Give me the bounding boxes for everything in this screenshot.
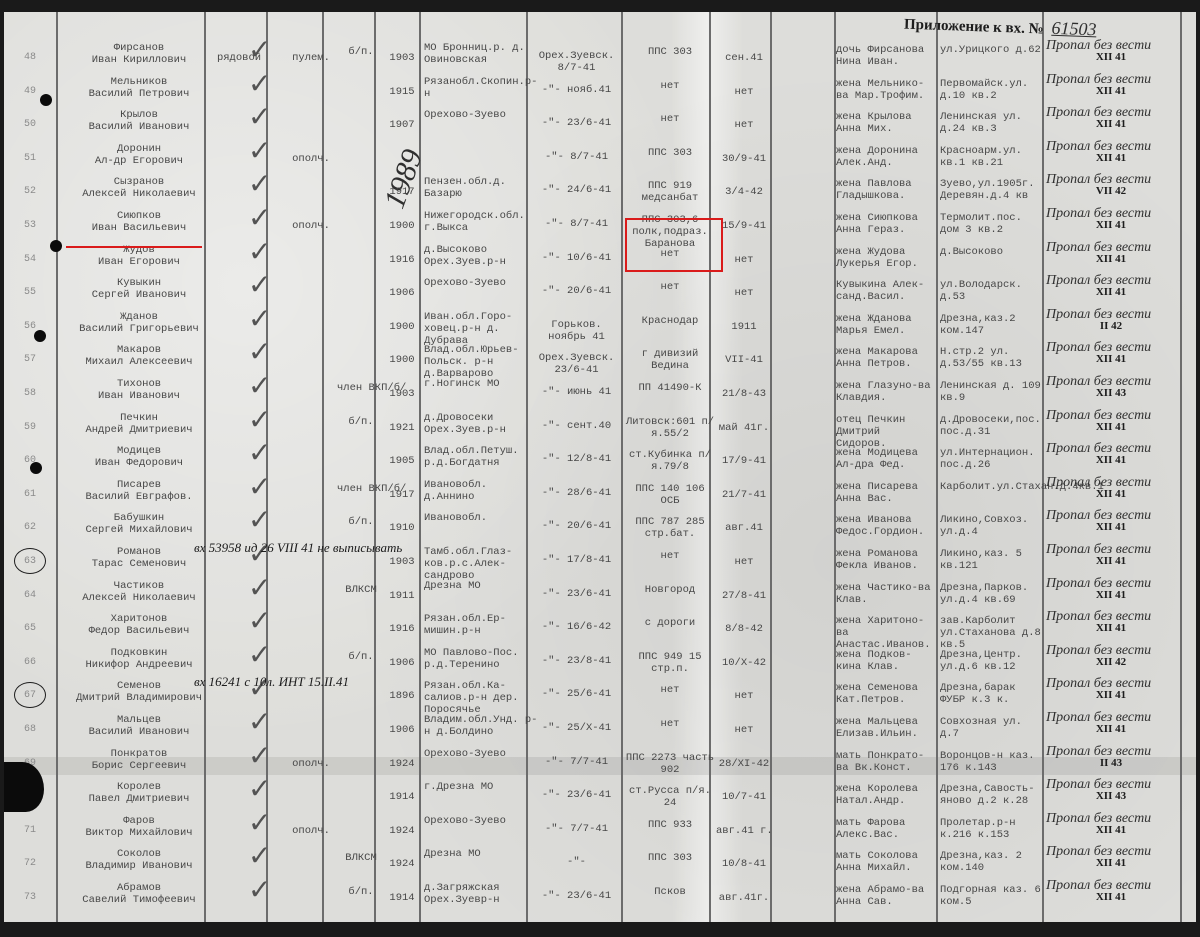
birthplace: Владим.обл.Унд. р-н д.Болдино	[424, 714, 539, 738]
kin-address: зав.Карболит ул.Стаханова д.8 кв.5	[940, 615, 1045, 651]
draft-info: -"- нояб.41	[534, 84, 619, 96]
birth-year: 1917	[382, 489, 422, 501]
handwritten-annotation: вх 53958 ид 26 VIII 41 не выписывать	[194, 542, 402, 554]
birthplace: Орехово-Зуево	[424, 748, 539, 760]
table-row: 49Мельников Василий Петрович✓1915Рязаноб…	[4, 76, 1196, 109]
soldier-name: Печкин Андрей Дмитриевич	[64, 412, 214, 436]
row-number: 66	[24, 657, 36, 669]
fate-date: XII 41	[1046, 219, 1176, 231]
draft-info: -"- 20/6-41	[534, 520, 619, 532]
birth-year: 1896	[382, 690, 422, 702]
fate-note: Пропал без вестиXII 41	[1046, 510, 1176, 533]
next-of-kin: жена Жудова Лукерья Егор.	[836, 246, 936, 270]
military-unit: Псков	[624, 886, 716, 898]
last-contact-date: нет	[716, 254, 772, 266]
next-of-kin: жена Частико-ва Клав.	[836, 582, 936, 606]
draft-info: -"- 12/8-41	[534, 453, 619, 465]
checkmark-icon: ✓	[248, 447, 271, 459]
handwritten-annotation: вх 16241 с 10л. ИНТ 15.II.41	[194, 676, 349, 688]
fate-date: XII 41	[1046, 85, 1176, 97]
row-number: 54	[24, 254, 36, 266]
last-contact-date: авг.41	[716, 522, 772, 534]
table-row: 61Писарев Василий Евграфов.✓член ВКП/б/1…	[4, 479, 1196, 512]
military-unit: ст.Кубинка п/я.79/8	[624, 449, 716, 473]
appendix-stamp: Приложение к вх. № 61503	[904, 13, 1097, 41]
military-unit: нет	[624, 684, 716, 696]
fate-date: XII 41	[1046, 454, 1176, 466]
military-unit: ППС 140 106 ОСБ	[624, 483, 716, 507]
birth-year: 1906	[382, 287, 422, 299]
fate-note: Пропал без вестиVII 42	[1046, 174, 1176, 197]
draft-info: -"- 23/8-41	[534, 655, 619, 667]
fate-date: XII 41	[1046, 555, 1176, 567]
fate-date: XII 41	[1046, 353, 1176, 365]
next-of-kin: мать Фарова Алекс.Вас.	[836, 817, 936, 841]
fate-date: XII 42	[1046, 656, 1176, 668]
fate-date: XII 41	[1046, 824, 1176, 836]
next-of-kin: жена Харитоно-ва Анастас.Иванов.	[836, 615, 936, 651]
row-number: 58	[24, 388, 36, 400]
birth-year: 1903	[382, 556, 422, 568]
draft-info: -"- июнь 41	[534, 386, 619, 398]
birth-year: 1916	[382, 623, 422, 635]
birthplace: Рязан.обл.Ер-мишин.р-н	[424, 613, 539, 637]
fate-note: Пропал без вестиXII 41	[1046, 813, 1176, 836]
draft-info: -"- 7/7-41	[534, 823, 619, 835]
birth-year: 1900	[382, 220, 422, 232]
appendix-label: Приложение к вх. №	[904, 17, 1044, 38]
military-unit: ППС 303	[624, 852, 716, 864]
checkmark-icon: ✓	[248, 750, 271, 762]
birthplace: Влад.обл.Петуш. р.д.Богдатня	[424, 445, 539, 469]
red-box-highlight	[625, 218, 723, 272]
row-number: 51	[24, 153, 36, 165]
fate-date: XII 43	[1046, 790, 1176, 802]
checkmark-icon: ✓	[248, 313, 271, 325]
checkmark-icon: ✓	[248, 346, 271, 358]
table-row: 71Фаров Виктор Михайлович✓ополч.1924Орех…	[4, 815, 1196, 848]
next-of-kin: жена Писарева Анна Вас.	[836, 481, 936, 505]
table-row: 50Крылов Василий Иванович✓1907Орехово-Зу…	[4, 109, 1196, 142]
table-row: 56Жданов Василий Григорьевич✓1900Иван.об…	[4, 311, 1196, 344]
kin-address: Зуево,ул.1905г. Деревян.д.4 кв	[940, 178, 1045, 202]
military-unit: ПП 41490-К	[624, 382, 716, 394]
table-row: 64Частиков Алексей Николаевич✓ВЛКСМ1911Д…	[4, 580, 1196, 613]
birthplace: д.Дровосеки Орех.Зуев.р-н	[424, 412, 539, 436]
draft-info: -"- 20/6-41	[534, 285, 619, 297]
birthplace: Ивановобл. д.Аннино	[424, 479, 539, 503]
birthplace: Иван.обл.Горо-ховец.р-н д. Дубрава	[424, 311, 539, 347]
checkmark-icon: ✓	[248, 246, 271, 258]
checkmark-icon: ✓	[248, 44, 271, 56]
birthplace: д.Высоково Орех.Зуев.р-н	[424, 244, 539, 268]
row-number: 71	[24, 825, 36, 837]
checkmark-icon: ✓	[248, 884, 271, 896]
birthplace: Влад.обл.Юрьев-Польск. р-н д.Варварово	[424, 344, 539, 380]
birth-year: 1924	[382, 758, 422, 770]
soldier-name: Понкратов Борис Сергеевич	[64, 748, 214, 772]
row-number: 53	[24, 220, 36, 232]
punch-hole	[50, 240, 62, 252]
kin-address: Ликино,Совхоз. ул.д.4	[940, 514, 1045, 538]
draft-info: -"- 8/7-41	[534, 218, 619, 230]
soldier-name: Фирсанов Иван Кириллович	[64, 42, 214, 66]
birth-year: 1906	[382, 657, 422, 669]
checkmark-icon: ✓	[248, 850, 271, 862]
next-of-kin: жена Модицева Ал-дра Фед.	[836, 447, 936, 471]
birthplace: г.Ногинск МО	[424, 378, 539, 390]
last-contact-date: 10/X-42	[716, 657, 772, 669]
fate-note: Пропал без вестиXII 41	[1046, 242, 1176, 265]
kin-address: Дрезна,Парков. ул.д.4 кв.69	[940, 582, 1045, 606]
fate-date: XII 41	[1046, 488, 1176, 500]
next-of-kin: дочь Фирсанова Нина Иван.	[836, 44, 936, 68]
last-contact-date: нет	[716, 690, 772, 702]
specialty: ополч.	[286, 758, 336, 770]
next-of-kin: жена Королева Натал.Андр.	[836, 783, 936, 807]
birthplace: МО Бронниц.р. д. Овиновская	[424, 42, 539, 66]
specialty: ополч.	[286, 825, 336, 837]
birthplace: Рязанобл.Скопин.р-н	[424, 76, 539, 100]
next-of-kin: жена Семенова Кат.Петров.	[836, 682, 936, 706]
draft-info: -"- 23/6-41	[534, 789, 619, 801]
birthplace: Дрезна МО	[424, 580, 539, 592]
soldier-name: Кувыкин Сергей Иванович	[64, 277, 214, 301]
soldier-name: Частиков Алексей Николаевич	[64, 580, 214, 604]
military-unit: Краснодар	[624, 315, 716, 327]
table-row: 72Соколов Владимир Иванович✓ВЛКСМ1924Дре…	[4, 848, 1196, 881]
birthplace: Пензен.обл.д. Базарю	[424, 176, 539, 200]
birthplace: Рязан.обл.Ка-салиов.р-н дер. Поросячье	[424, 680, 539, 716]
circled-row-number	[14, 682, 46, 708]
draft-info: -"- 17/8-41	[534, 554, 619, 566]
fate-note: Пропал без вестиXII 43	[1046, 779, 1176, 802]
fate-date: XII 41	[1046, 51, 1176, 63]
soldier-name: Харитонов Федор Васильевич	[64, 613, 214, 637]
table-row: 66Подковкин Никифор Андреевич✓б/п.1906МО…	[4, 647, 1196, 680]
soldier-name: Сиюпков Иван Васильевич	[64, 210, 214, 234]
birth-year: 1900	[382, 321, 422, 333]
fate-date: XII 41	[1046, 286, 1176, 298]
row-number: 56	[24, 321, 36, 333]
soldier-name: Доронин Ал-др Егорович	[64, 143, 214, 167]
birth-year: 1924	[382, 825, 422, 837]
military-unit: ППС 949 15 стр.п.	[624, 651, 716, 675]
kin-address: Ликино,каз. 5 кв.121	[940, 548, 1045, 572]
military-unit: г дивизий Ведина	[624, 348, 716, 372]
military-unit: Литовск:601 п/я.55/2	[624, 416, 716, 440]
draft-info: -"- 28/6-41	[534, 487, 619, 499]
kin-address: ул.Урицкого д.62	[940, 44, 1045, 56]
birth-year: 1924	[382, 858, 422, 870]
checkmark-icon: ✓	[248, 582, 271, 594]
soldier-name: Соколов Владимир Иванович	[64, 848, 214, 872]
torn-corner	[4, 762, 44, 812]
fate-date: II 43	[1046, 757, 1176, 769]
draft-info: -"- 23/6-41	[534, 890, 619, 902]
party-membership: б/п.	[337, 651, 385, 663]
fate-note: Пропал без вестиXII 41	[1046, 208, 1176, 231]
table-row: 60Модицев Иван Федорович✓1905Влад.обл.Пе…	[4, 445, 1196, 478]
next-of-kin: жена Доронина Алек.Анд.	[836, 145, 936, 169]
row-number: 49	[24, 86, 36, 98]
birth-year: 1900	[382, 354, 422, 366]
row-number: 61	[24, 489, 36, 501]
military-unit: ППС 787 285 стр.бат.	[624, 516, 716, 540]
punch-hole	[34, 330, 46, 342]
soldier-name: Семенов Дмитрий Владимирович	[64, 680, 214, 704]
next-of-kin: жена Мальцева Елизав.Ильин.	[836, 716, 936, 740]
table-row: 55Кувыкин Сергей Иванович✓1906Орехово-Зу…	[4, 277, 1196, 310]
fate-note: Пропал без вестиXII 41	[1046, 107, 1176, 130]
military-unit: нет	[624, 113, 716, 125]
kin-address: Ленинская ул. д.24 кв.3	[940, 111, 1045, 135]
checkmark-icon: ✓	[248, 615, 271, 627]
row-number: 59	[24, 422, 36, 434]
checkmark-icon: ✓	[248, 817, 271, 829]
party-membership: член ВКП/б/	[337, 483, 385, 495]
fate-date: XII 41	[1046, 857, 1176, 869]
checkmark-icon: ✓	[248, 145, 271, 157]
last-contact-date: 10/7-41	[716, 791, 772, 803]
party-membership: б/п.	[337, 46, 385, 58]
fate-note: Пропал без вестиXII 42	[1046, 645, 1176, 668]
fate-date: XII 41	[1046, 723, 1176, 735]
fate-note: Пропал без вестиXII 41	[1046, 410, 1176, 433]
circled-row-number	[14, 548, 46, 574]
birth-year: 1914	[382, 791, 422, 803]
checkmark-icon: ✓	[248, 783, 271, 795]
table-row: 59Печкин Андрей Дмитриевич✓б/п.1921д.Дро…	[4, 412, 1196, 445]
checkmark-icon: ✓	[248, 414, 271, 426]
draft-info: -"- 10/6-41	[534, 252, 619, 264]
fate-note: Пропал без вестиII 42	[1046, 309, 1176, 332]
appendix-number: 61503	[1051, 18, 1097, 40]
last-contact-date: нет	[716, 119, 772, 131]
fate-date: XII 41	[1046, 589, 1176, 601]
party-membership: ВЛКСМ	[337, 852, 385, 864]
checkmark-icon: ✓	[248, 649, 271, 661]
fate-note: Пропал без вестиXII 41	[1046, 678, 1176, 701]
soldier-name: Фаров Виктор Михайлович	[64, 815, 214, 839]
checkmark-icon: ✓	[248, 716, 271, 728]
birthplace: Нижегородск.обл. г.Выкса	[424, 210, 539, 234]
next-of-kin: жена Макарова Анна Петров.	[836, 346, 936, 370]
last-contact-date: нет	[716, 86, 772, 98]
last-contact-date: нет	[716, 724, 772, 736]
party-membership: член ВКП/б/	[337, 382, 385, 394]
fate-note: Пропал без вестиXII 43	[1046, 376, 1176, 399]
next-of-kin: жена Крылова Анна Мих.	[836, 111, 936, 135]
draft-info: -"- 8/7-41	[534, 151, 619, 163]
draft-info: -"- 16/6-42	[534, 621, 619, 633]
last-contact-date: май 41г.	[716, 422, 772, 434]
fate-date: XII 41	[1046, 891, 1176, 903]
kin-address: Совхозная ул. д.7	[940, 716, 1045, 740]
fate-note: Пропал без вестиXII 41	[1046, 578, 1176, 601]
birthplace: Орехово-Зуево	[424, 815, 539, 827]
soldier-name: Макаров Михаил Алексеевич	[64, 344, 214, 368]
kin-address: Пролетар.р-н к.216 к.153	[940, 817, 1045, 841]
checkmark-icon: ✓	[248, 380, 271, 392]
kin-address: Дрезна,каз.2 ком.147	[940, 313, 1045, 337]
kin-address: д.Дровосеки,пос. пос.д.31	[940, 414, 1045, 438]
checkmark-icon: ✓	[248, 111, 271, 123]
checkmark-icon: ✓	[248, 178, 271, 190]
table-row: 48Фирсанов Иван Кирилловичрядовой✓пулем.…	[4, 42, 1196, 75]
party-membership: ВЛКСМ	[337, 584, 385, 596]
row-number: 55	[24, 287, 36, 299]
birth-year: 1916	[382, 254, 422, 266]
last-contact-date: сен.41	[716, 52, 772, 64]
table-row: 63Романов Тарас Семенович✓1903Тамб.обл.Г…	[4, 546, 1196, 579]
fate-note: Пропал без вестиXII 41	[1046, 74, 1176, 97]
kin-address: Дрезна,барак ФУБР к.3 к.	[940, 682, 1045, 706]
checkmark-icon: ✓	[248, 78, 271, 90]
military-unit: ППС 933	[624, 819, 716, 831]
fate-note: Пропал без вестиXII 41	[1046, 443, 1176, 466]
next-of-kin: мать Понкрато-ва Вк.Конст.	[836, 750, 936, 774]
soldier-name: Тихонов Иван Иванович	[64, 378, 214, 402]
military-unit: ст.Руссa п/я. 24	[624, 785, 716, 809]
soldier-name: Бабушкин Сергей Михайлович	[64, 512, 214, 536]
birth-year: 1906	[382, 724, 422, 736]
draft-info: Орех.Зуевск. 8/7-41	[534, 50, 619, 74]
birth-year: 1903	[382, 52, 422, 64]
table-row: 73Абрамов Савелий Тимофеевич✓б/п.1914д.З…	[4, 882, 1196, 915]
table-row: 68Мальцев Василий Иванович✓1906Владим.об…	[4, 714, 1196, 747]
next-of-kin: жена Мельнико-ва Мар.Трофим.	[836, 78, 936, 102]
fate-date: XII 41	[1046, 622, 1176, 634]
fate-date: XII 41	[1046, 253, 1176, 265]
next-of-kin: жена Подков-кина Клав.	[836, 649, 936, 673]
birthplace: д.Загряжская Орех.Зуевр-н	[424, 882, 539, 906]
birthplace: МО Павлово-Пос. р.д.Теренино	[424, 647, 539, 671]
checkmark-icon: ✓	[248, 481, 271, 493]
soldier-name: Абрамов Савелий Тимофеевич	[64, 882, 214, 906]
birthplace: Тамб.обл.Глаз-ков.р.с.Алек-сандрово	[424, 546, 539, 582]
soldier-name: Мальцев Василий Иванович	[64, 714, 214, 738]
last-contact-date: 10/8-41	[716, 858, 772, 870]
soldier-name: Модицев Иван Федорович	[64, 445, 214, 469]
last-contact-date: 1911	[716, 321, 772, 333]
fate-note: Пропал без вестиXII 41	[1046, 544, 1176, 567]
draft-info: -"- 25/X-41	[534, 722, 619, 734]
last-contact-date: 3/4-42	[716, 186, 772, 198]
next-of-kin: жена Иванова Федос.Гордион.	[836, 514, 936, 538]
party-membership: б/п.	[337, 516, 385, 528]
specialty: ополч.	[286, 220, 336, 232]
kin-address: д.Высоково	[940, 246, 1045, 258]
birth-year: 1914	[382, 892, 422, 904]
row-number: 64	[24, 590, 36, 602]
row-number: 73	[24, 892, 36, 904]
draft-info: -"- 23/6-41	[534, 117, 619, 129]
birthplace: Дрезна МО	[424, 848, 539, 860]
birth-year: 1905	[382, 455, 422, 467]
row-number: 50	[24, 119, 36, 131]
soldier-name: Королев Павел Дмитриевич	[64, 781, 214, 805]
fate-note: Пропал без вестиXII 41	[1046, 880, 1176, 903]
draft-info: -"- сент.40	[534, 420, 619, 432]
last-contact-date: 21/7-41	[716, 489, 772, 501]
kin-address: ул.Интернацион. пос.д.26	[940, 447, 1045, 471]
table-row: 58Тихонов Иван Иванович✓член ВКП/б/1903г…	[4, 378, 1196, 411]
last-contact-date: 8/8-42	[716, 623, 772, 635]
soldier-name: Крылов Василий Иванович	[64, 109, 214, 133]
row-number: 72	[24, 858, 36, 870]
fate-note: Пропал без вестиXII 41	[1046, 141, 1176, 164]
military-unit: ППС 303	[624, 46, 716, 58]
fate-date: XII 41	[1046, 118, 1176, 130]
fate-note: Пропал без вестиXII 41	[1046, 477, 1176, 500]
row-number: 68	[24, 724, 36, 736]
fate-date: XII 43	[1046, 387, 1176, 399]
military-unit: с дороги	[624, 617, 716, 629]
military-unit: ППС 303	[624, 147, 716, 159]
last-contact-date: 30/9-41	[716, 153, 772, 165]
soldier-name: Подковкин Никифор Андреевич	[64, 647, 214, 671]
kin-address: Воронцов-н каз. 176 к.143	[940, 750, 1045, 774]
row-number: 52	[24, 186, 36, 198]
fate-date: XII 41	[1046, 689, 1176, 701]
soldier-name: Романов Тарас Семенович	[64, 546, 214, 570]
next-of-kin: жена Глазуно-ва Клавдия.	[836, 380, 936, 404]
last-contact-date: нет	[716, 556, 772, 568]
next-of-kin: жена Романова Фекла Иванов.	[836, 548, 936, 572]
birthplace: г.Дрезна МО	[424, 781, 539, 793]
next-of-kin: отец Печкин Дмитрий Сидоров.	[836, 414, 936, 450]
military-unit: ППС 2273 часть 902	[624, 752, 716, 776]
kin-address: Дрезна,каз. 2 ком.140	[940, 850, 1045, 874]
last-contact-date: 17/9-41	[716, 455, 772, 467]
fate-note: Пропал без вестиXII 41	[1046, 712, 1176, 735]
kin-address: Карболит.ул.Стахан.д.4кв.1	[940, 481, 1045, 493]
next-of-kin: Кувыкина Алек-санд.Васил.	[836, 279, 936, 303]
table-row: 70Королев Павел Дмитриевич✓1914г.Дрезна …	[4, 781, 1196, 814]
military-unit: нет	[624, 718, 716, 730]
draft-info: -"- 7/7-41	[534, 756, 619, 768]
kin-address: Подгорная каз. 6 ком.5	[940, 884, 1045, 908]
party-membership: б/п.	[337, 886, 385, 898]
military-unit: Новгород	[624, 584, 716, 596]
birth-year: 1921	[382, 422, 422, 434]
table-row: 67Семенов Дмитрий Владимирович✓1896Рязан…	[4, 680, 1196, 713]
row-number: 65	[24, 623, 36, 635]
military-unit: нет	[624, 550, 716, 562]
military-unit: нет	[624, 80, 716, 92]
fate-date: XII 41	[1046, 421, 1176, 433]
soldier-name: Сызранов Алексей Николаевич	[64, 176, 214, 200]
birthplace: Орехово-Зуево	[424, 277, 539, 289]
next-of-kin: жена Павлова Гладышкова.	[836, 178, 936, 202]
party-membership: б/п.	[337, 416, 385, 428]
fate-note: Пропал без вестиII 43	[1046, 746, 1176, 769]
last-contact-date: 15/9-41	[716, 220, 772, 232]
draft-info: -"- 23/6-41	[534, 588, 619, 600]
kin-address: Дрезна,Центр. ул.д.6 кв.12	[940, 649, 1045, 673]
draft-info: -"- 25/6-41	[534, 688, 619, 700]
punch-hole	[30, 462, 42, 474]
draft-info: Горьков. ноябрь 41	[534, 319, 619, 343]
table-row: 62Бабушкин Сергей Михайлович✓б/п.1910Ива…	[4, 512, 1196, 545]
table-row: 65Харитонов Федор Васильевич✓1916Рязан.о…	[4, 613, 1196, 646]
next-of-kin: жена Жданова Марья Емел.	[836, 313, 936, 337]
archive-document-page: Приложение к вх. № 61503 1989 48Фирсанов…	[4, 12, 1196, 922]
draft-info: -"- 24/6-41	[534, 184, 619, 196]
draft-info: Орех.Зуевск. 23/6-41	[534, 352, 619, 376]
checkmark-icon: ✓	[248, 212, 271, 224]
